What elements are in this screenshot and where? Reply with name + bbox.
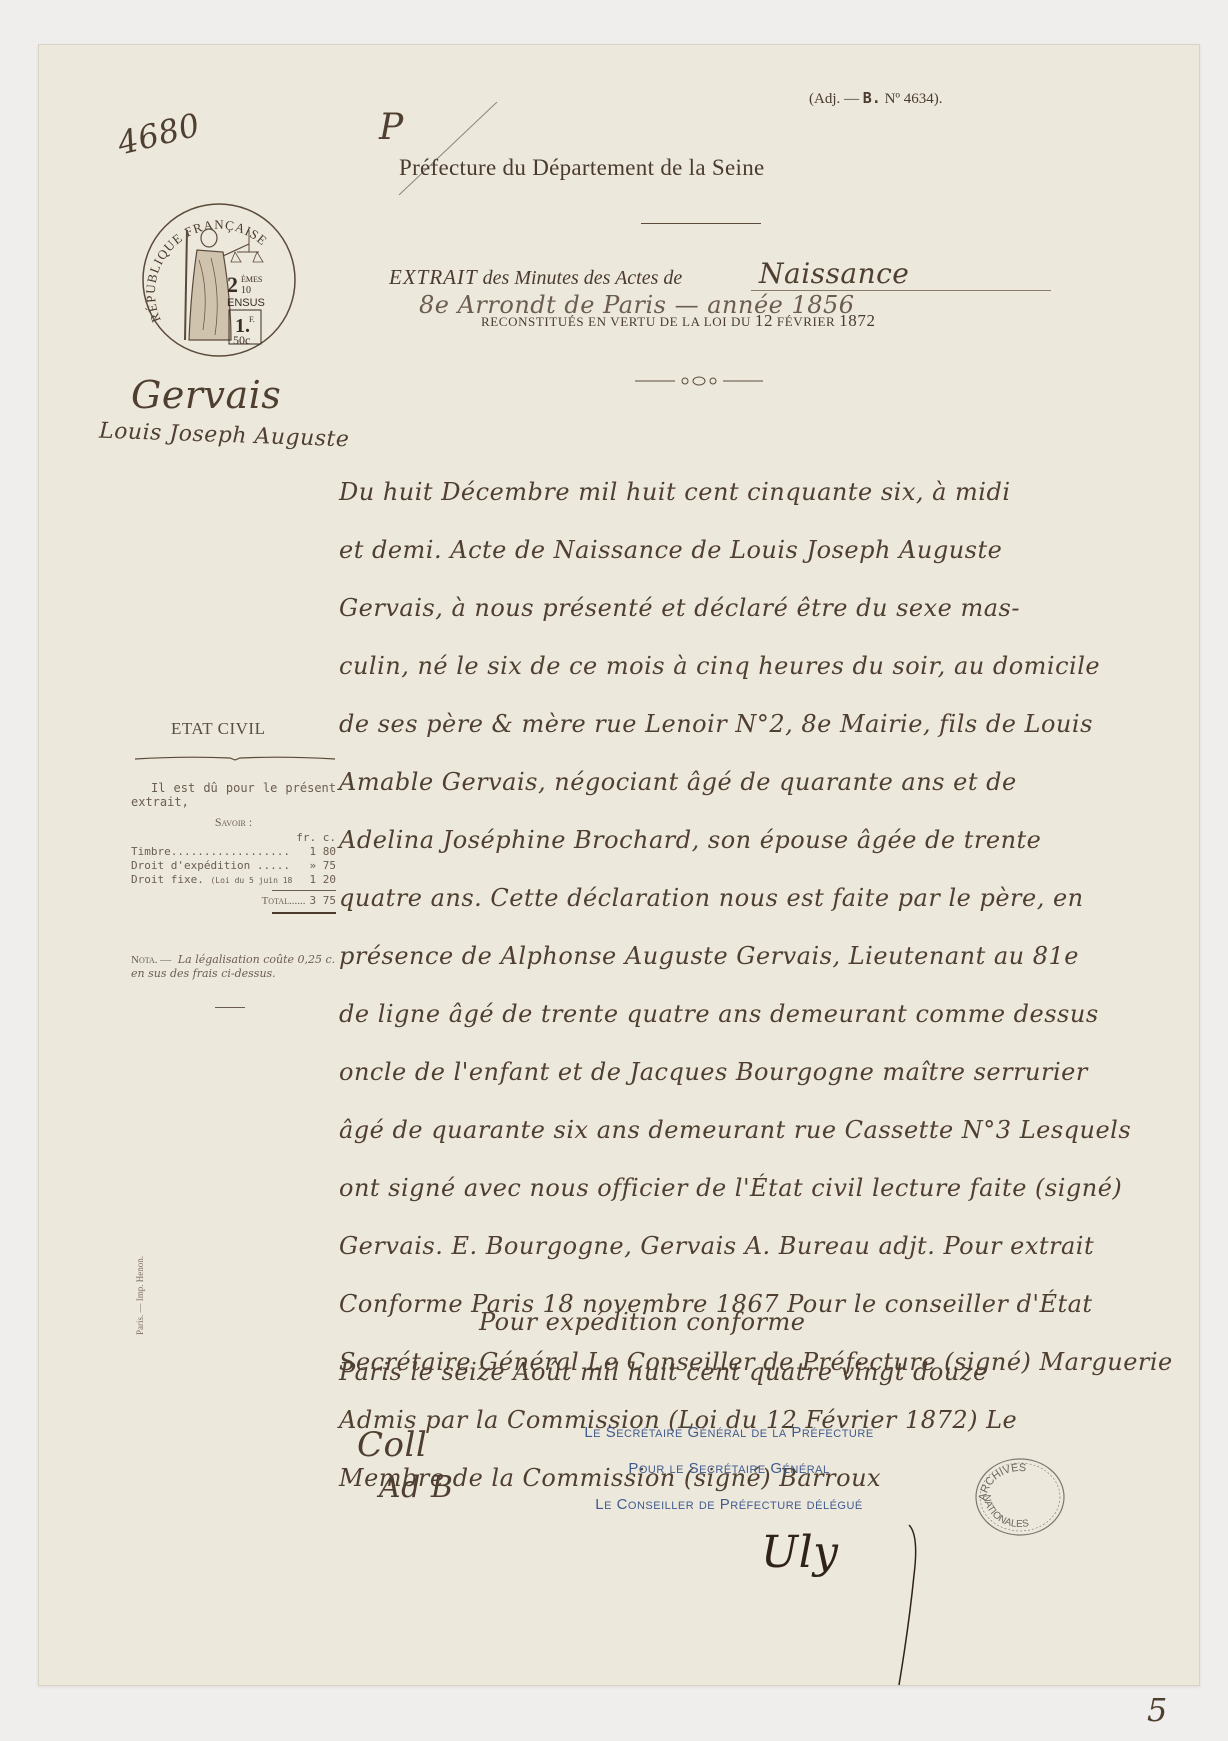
nota-divider: [215, 1007, 245, 1008]
etat-civil-heading: ETAT CIVIL: [171, 719, 265, 739]
subtotal-rule: [272, 890, 336, 891]
page-number: 5: [1147, 1691, 1168, 1729]
certification-block: Pour expédition conforme Paris le seize …: [339, 1297, 1219, 1397]
fee-row: Droit fixe. (Loi du 5 juin 1875).. 1 20: [131, 873, 336, 888]
legalisation-nota: Nota. — La légalisation coûte 0,25 c. en…: [131, 953, 336, 980]
body-line: et demi. Acte de Naissance de Louis Jose…: [339, 521, 1219, 579]
page-title: Préfecture du Département de la Seine: [399, 155, 765, 181]
reconstitution-notice: RECONSTITUÉS EN VERTU DE LA LOI DU 12 FÉ…: [481, 311, 876, 331]
body-line: de ligne âgé de trente quatre ans demeur…: [339, 985, 1219, 1043]
body-line: Adelina Joséphine Brochard, son épouse â…: [339, 811, 1219, 869]
initial-mark-annotation: P: [379, 107, 404, 148]
fees-schedule: Il est dû pour le présent extrait, Savoi…: [131, 781, 336, 914]
fees-unit-header: fr. c.: [131, 831, 336, 845]
official-signature-flourish: [759, 1515, 959, 1715]
svg-text:NATIONALES: NATIONALES: [981, 1494, 1030, 1530]
clerk-initials: Ad B: [379, 1470, 453, 1505]
svg-text:ENSUS: ENSUS: [227, 297, 265, 309]
body-line: Gervais, à nous présenté et déclaré être…: [339, 579, 1219, 637]
issue-date-line: Paris le seize Août mil huit cent quatre…: [339, 1347, 1219, 1397]
fees-intro: Il est dû pour le présent extrait,: [131, 781, 336, 809]
body-line: de ses père & mère rue Lenoir N°2, 8e Ma…: [339, 695, 1219, 753]
body-line: Gervais. E. Bourgogne, Gervais A. Bureau…: [339, 1217, 1219, 1275]
body-line: culin, né le six de ce mois à cinq heure…: [339, 637, 1219, 695]
etat-civil-divider: [135, 755, 335, 761]
extract-heading: EXTRAIT des Minutes des Actes de: [389, 265, 682, 290]
ornamental-divider: [635, 375, 763, 387]
archives-nationales-stamp: ARCHIVES NATIONALES: [972, 1455, 1068, 1539]
body-line: Du huit Décembre mil huit cent cinquante…: [339, 463, 1219, 521]
act-type-handwritten: Naissance: [759, 257, 909, 290]
svg-text:2: 2: [227, 272, 238, 297]
fee-row: Timbre..................... 1 80: [131, 845, 336, 859]
fees-total: Total...... 3 75: [131, 894, 336, 908]
svg-text:50c: 50c: [233, 333, 250, 347]
body-line: oncle de l'enfant et de Jacques Bourgogn…: [339, 1043, 1219, 1101]
body-line: Amable Gervais, négociant âgé de quarant…: [339, 753, 1219, 811]
title-divider: [641, 223, 761, 224]
svg-text:F.: F.: [249, 315, 255, 324]
total-rule: [272, 912, 336, 914]
body-line: présence de Alphonse Auguste Gervais, Li…: [339, 927, 1219, 985]
body-line: âgé de quarante six ans demeurant rue Ca…: [339, 1101, 1219, 1159]
margin-surname: Gervais: [131, 373, 281, 417]
body-line: quatre ans. Cette déclaration nous est f…: [339, 869, 1219, 927]
document-page: 4680 P (Adj. — B. Nº 4634). RÉPUBLIQUE F…: [38, 44, 1200, 1686]
svg-text:10: 10: [241, 285, 251, 296]
clerk-signature: Coll: [357, 1425, 427, 1465]
republique-francaise-tax-stamp-seal: RÉPUBLIQUE FRANÇAISE 2 ÈMES 10 ENSUS 1. …: [139, 200, 299, 360]
body-line: ont signé avec nous officier de l'État c…: [339, 1159, 1219, 1217]
margin-given-names: Louis Joseph Auguste: [99, 419, 350, 453]
certification-line: Pour expédition conforme: [339, 1297, 1219, 1347]
printer-imprint: Paris. — Imp. Henon.: [135, 1256, 145, 1335]
fee-row: Droit d'expédition ........ » 75: [131, 859, 336, 873]
prefecture-secretary-stamp: Le Secrétaire Général de la Préfecture P…: [509, 1415, 949, 1523]
file-number-annotation: 4680: [114, 105, 204, 162]
svg-text:ÈMES: ÈMES: [241, 274, 262, 284]
form-reference: (Adj. — B. Nº 4634).: [809, 89, 943, 108]
fees-savoir-label: Savoir :: [131, 815, 336, 829]
